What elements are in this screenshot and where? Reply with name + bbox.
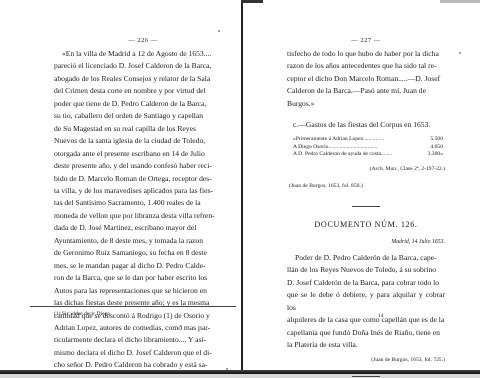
expense-row: A D. Pedro Calderon de ayuda de costa...… — [287, 151, 445, 159]
right-page: — 227 — tisfecho de todo lo que hubo de … — [287, 0, 445, 370]
text-line: Adrian Lopez, autores de comedias, como … — [54, 322, 232, 334]
left-page: — 226 — «En la villa de Madrid a 12 de A… — [54, 0, 232, 370]
text-line: abogado de los Reales Consejos y relator… — [54, 73, 232, 85]
text-line: llán de los Reyes Nuevos de Toledo, á su… — [287, 264, 445, 276]
document-citation: (Juan de Burgos, 1653, fol. 725.) — [287, 354, 445, 366]
text-line: pareció el licenciado D. Josef Calderon … — [54, 60, 232, 72]
text-line: dada de D. José Martinez, escribano mayo… — [54, 222, 232, 234]
expense-label: »Primeramente á Adrian Lopez............… — [293, 136, 423, 144]
text-line: Autos para las representaciones que se h… — [54, 285, 232, 297]
expense-label: A Diego Osorio..........................… — [293, 144, 423, 152]
paper-speck — [218, 30, 220, 32]
signature-mark: 14 — [378, 313, 384, 319]
paper-speck — [459, 52, 461, 54]
text-line: Poder de D. Pedro Calderón de la Barca, … — [287, 252, 445, 264]
footnote: (1) Sic; debe decir Diego. — [54, 311, 112, 317]
text-line: otorgada ante el presente escribano en 1… — [54, 148, 232, 160]
text-line: tas del Santísimo Sacramento, 1.400 real… — [54, 197, 232, 209]
text-line: mes, se le mandan pagar al dicho D. Pedr… — [54, 260, 232, 272]
right-page-body: tisfecho de todo lo que hubo de haber po… — [287, 48, 445, 377]
expense-label: A D. Pedro Calderon de ayuda de costa...… — [293, 151, 423, 159]
paper-speck — [226, 368, 228, 370]
left-page-body: «En la villa de Madrid a 12 de Agosto de… — [54, 48, 232, 372]
text-line: moneda de vellon que por libranza desta … — [54, 210, 232, 222]
expense-row: A Diego Osorio..........................… — [287, 144, 445, 152]
text-line: razon de los años antecedentes que ha si… — [287, 60, 445, 72]
section-heading: c.—Gastos de las fiestas del Corpus en 1… — [287, 119, 445, 131]
text-line: Burgos.» — [287, 98, 445, 110]
text-line: Ayuntamiento, de 8 deste mes, y tomada l… — [54, 235, 232, 247]
document-title: DOCUMENTO NÚM. 126. — [287, 219, 445, 231]
page-corner-shadow — [440, 0, 480, 3]
expense-value: 4.050 — [423, 144, 443, 152]
text-line: ceptor el dicho Don Marcelo Roman.....—D… — [287, 73, 445, 85]
text-line: Calderon de la Barca.—Pasó ante mí, Juan… — [287, 85, 445, 97]
text-line: de Su Magestad en su real capilla de los… — [54, 123, 232, 135]
text-line: capellanía que fundó Doña Inés de Riaño,… — [287, 327, 445, 339]
text-line: deste presente año, y del usando confesó… — [54, 160, 232, 172]
book-spine — [241, 0, 243, 372]
archive-citation: (Arch. Mun., Clase 2ª, 2-197-22.) — [287, 163, 445, 175]
text-line: tisfecho de todo lo que hubo de haber po… — [287, 48, 445, 60]
document-date: Madrid, 14 Julio 1653. — [287, 236, 445, 248]
text-line: la Platería de esta villa. — [287, 339, 445, 351]
text-line: mismo declara el dicho D. Josef Calderon… — [54, 347, 232, 359]
text-line: bido de D. Marcelo Roman de Ortega, rece… — [54, 173, 232, 185]
text-line: su tio, caballero del orden de Santiago … — [54, 110, 232, 122]
text-line: que se le debe ó debiere, y para alquila… — [287, 289, 445, 314]
text-line: poder que tiene de D. Pedro Calderon de … — [54, 98, 232, 110]
text-line: del Crimen desta corte en nombre y por v… — [54, 85, 232, 97]
section-divider — [352, 376, 380, 377]
expense-list: »Primeramente á Adrian Lopez............… — [287, 136, 445, 159]
section-divider — [352, 206, 380, 207]
expense-row: »Primeramente á Adrian Lopez............… — [287, 136, 445, 144]
text-line: D. Josef Calderón de la Barca, para cobr… — [287, 277, 445, 289]
paper-speck — [180, 325, 182, 327]
text-line: Nuevos de la santa iglesia de la ciudad … — [54, 135, 232, 147]
text-line: alquileres de la casa que como capellán … — [287, 314, 445, 326]
left-page-number: — 226 — — [54, 37, 232, 44]
text-line: las dichas fiestas deste presente año; y… — [54, 297, 232, 309]
text-line: «En la villa de Madrid a 12 de Agosto de… — [54, 48, 232, 60]
text-line: de Geronimo Ruiz Samaniego, su fecha en … — [54, 247, 232, 259]
expense-value: 3.300» — [423, 151, 443, 159]
text-line: ta villa, y de los maravedises aplicados… — [54, 185, 232, 197]
notary-citation: (Juan de Burgos, 1653, fol. 850.) — [287, 180, 445, 192]
text-line: ron de la Barca, que se le dan por haber… — [54, 272, 232, 284]
expense-value: 5.500 — [423, 136, 443, 144]
spine-top-shadow — [241, 0, 263, 3]
footnote-rule — [30, 306, 236, 307]
text-line: cho señor D. Pedro Calderon ha cobrado y… — [54, 359, 232, 371]
text-line: ticularmente declara el dicho libramient… — [54, 334, 232, 346]
right-page-number: — 227 — — [287, 37, 445, 44]
